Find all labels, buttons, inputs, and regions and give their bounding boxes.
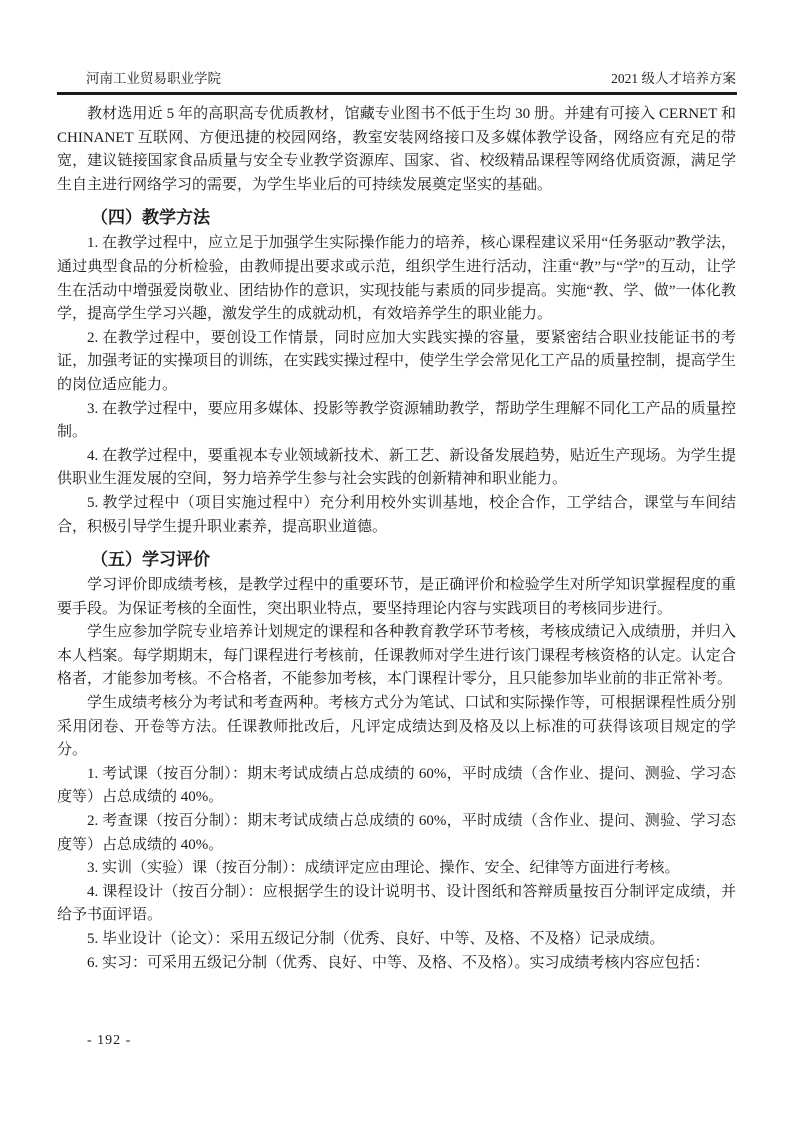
page-header: 河南工业贸易职业学院 2021 级人才培养方案: [58, 71, 736, 87]
paragraph-method-3: 3. 在教学过程中，要应用多媒体、投影等教学资源辅助教学，帮助学生理解不同化工产…: [57, 398, 736, 445]
paragraph-grading-6: 6. 实习：可采用五级记分制（优秀、良好、中等、及格、不及格）。实习成绩考核内容…: [57, 952, 736, 976]
header-school-name: 河南工业贸易职业学院: [58, 71, 221, 87]
section-heading-learning-evaluation: （五）学习评价: [57, 546, 736, 574]
paragraph-textbooks-network: 教材选用近 5 年的高职高专优质教材，馆藏专业图书不低于生均 30 册。并建有可…: [57, 103, 736, 197]
paragraph-evaluation-intro: 学习评价即成绩考核，是教学过程中的重要环节，是正确评价和检验学生对所学知识掌握程…: [57, 574, 736, 621]
paragraph-method-4: 4. 在教学过程中，要重视本专业领域新技术、新工艺、新设备发展趋势，贴近生产现场…: [57, 445, 736, 492]
paragraph-method-5: 5. 教学过程中（项目实施过程中）充分利用校外实训基地，校企合作，工学结合，课堂…: [57, 492, 736, 539]
paragraph-grading-2: 2. 考查课（按百分制）：期末考试成绩占总成绩的 60%，平时成绩（含作业、提问…: [57, 810, 736, 857]
page-number: - 192 -: [87, 1033, 131, 1048]
header-doc-title: 2021 级人才培养方案: [611, 71, 736, 87]
paragraph-method-2: 2. 在教学过程中，要创设工作情景，同时应加大实践实操的容量，要紧密结合职业技能…: [57, 327, 736, 398]
document-body: 教材选用近 5 年的高职高专优质教材，馆藏专业图书不低于生均 30 册。并建有可…: [57, 103, 736, 975]
header-rule: [57, 92, 737, 95]
paragraph-grading-3: 3. 实训（实验）课（按百分制）：成绩评定应由理论、操作、安全、纪律等方面进行考…: [57, 857, 736, 881]
paragraph-grading-5: 5. 毕业设计（论文）：采用五级记分制（优秀、良好、中等、及格、不及格）记录成绩…: [57, 928, 736, 952]
paragraph-grading-4: 4. 课程设计（按百分制）：应根据学生的设计说明书、设计图纸和答辩质量按百分制评…: [57, 881, 736, 928]
section-heading-teaching-methods: （四）教学方法: [57, 204, 736, 232]
paragraph-grading-1: 1. 考试课（按百分制）：期末考试成绩占总成绩的 60%，平时成绩（含作业、提问…: [57, 763, 736, 810]
paragraph-evaluation-types: 学生成绩考核分为考试和考查两种。考核方式分为笔试、口试和实际操作等，可根据课程性…: [57, 692, 736, 763]
paragraph-method-1: 1. 在教学过程中，应立足于加强学生实际操作能力的培养，核心课程建议采用“任务驱…: [57, 232, 736, 326]
document-page: 河南工业贸易职业学院 2021 级人才培养方案 教材选用近 5 年的高职高专优质…: [0, 0, 793, 1122]
paragraph-evaluation-rules: 学生应参加学院专业培养计划规定的课程和各种教育教学环节考核，考核成绩记入成绩册，…: [57, 621, 736, 692]
page-footer: - 192 -: [87, 1033, 131, 1049]
